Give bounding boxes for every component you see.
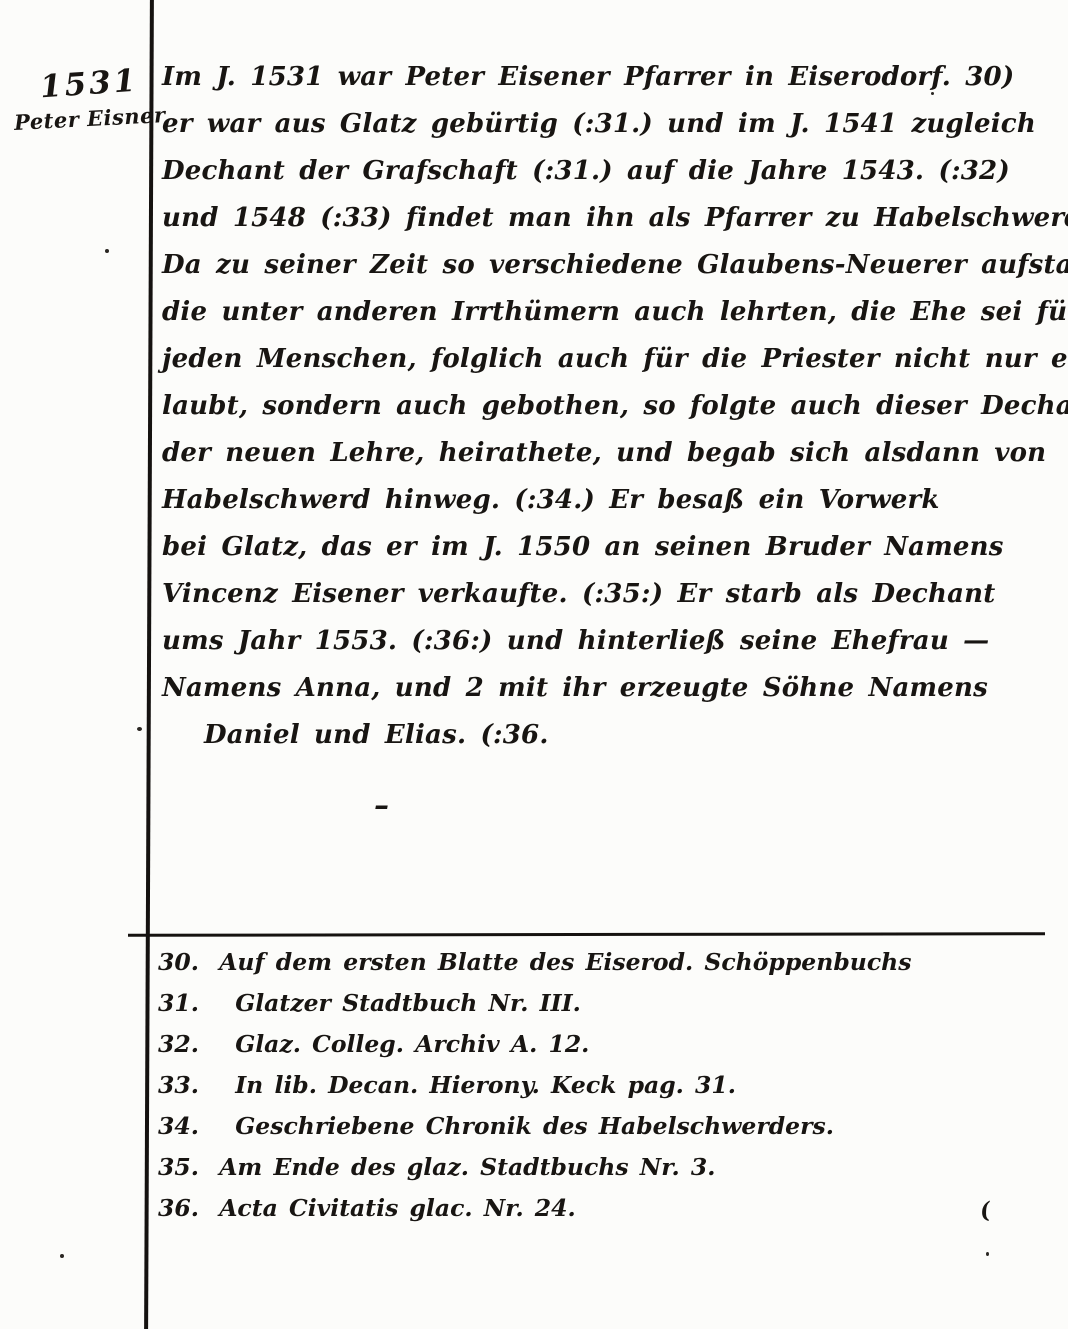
text-line: Vincenz Eisener verkaufte. (:35:) Er sta… bbox=[162, 571, 1054, 618]
manuscript-page: { "colors": { "ink": "#181512", "paper":… bbox=[0, 0, 1068, 1329]
footnote-number: 33. bbox=[158, 1065, 208, 1106]
footnote-text: Auf dem ersten Blatte des Eiserod. Schöp… bbox=[219, 948, 911, 976]
footnote-text: Acta Civitatis glac. Nr. 24. bbox=[219, 1194, 576, 1222]
text-line: bei Glatz, das er im J. 1550 an seinen B… bbox=[162, 524, 1054, 571]
text-line: jeden Menschen, folglich auch für die Pr… bbox=[162, 336, 1054, 383]
footnote-text: Glatzer Stadtbuch Nr. III. bbox=[235, 989, 581, 1017]
ink-speck bbox=[60, 1254, 64, 1258]
main-text-block: Im J. 1531 war Peter Eisener Pfarrer in … bbox=[162, 54, 1054, 759]
ink-speck bbox=[105, 249, 109, 253]
footnote-number: 32. bbox=[158, 1024, 208, 1065]
footnote-number: 35. bbox=[158, 1147, 208, 1188]
ink-speck bbox=[137, 727, 142, 731]
text-line: Da zu seiner Zeit so verschiedene Glaube… bbox=[162, 242, 1054, 289]
footnote-row: 31. Glatzer Stadtbuch Nr. III. bbox=[158, 983, 1038, 1024]
footnote-number: 31. bbox=[158, 983, 208, 1024]
margin-year: 1531 bbox=[39, 63, 140, 106]
footnote-number: 36. bbox=[158, 1188, 208, 1229]
footnote-text: Geschriebene Chronik des Habelschwerders… bbox=[235, 1112, 834, 1140]
text-line: und 1548 (:33) findet man ihn als Pfarre… bbox=[162, 195, 1054, 242]
text-line: Im J. 1531 war Peter Eisener Pfarrer in … bbox=[162, 54, 1054, 101]
text-line: Namens Anna, und 2 mit ihr erzeugte Söhn… bbox=[162, 665, 1054, 712]
margin-name: Peter Eisner bbox=[13, 102, 166, 135]
text-line: der neuen Lehre, heirathete, und begab s… bbox=[162, 430, 1054, 477]
footnote-row: 33. In lib. Decan. Hierony. Keck pag. 31… bbox=[158, 1065, 1038, 1106]
footnote-text: In lib. Decan. Hierony. Keck pag. 31. bbox=[235, 1071, 736, 1099]
footnote-row: 36. Acta Civitatis glac. Nr. 24. bbox=[158, 1188, 1038, 1229]
footnote-text: Am Ende des glaz. Stadtbuchs Nr. 3. bbox=[219, 1153, 715, 1181]
text-line: Daniel und Elias. (:36. bbox=[204, 712, 1054, 759]
text-line: Habelschwerd hinweg. (:34.) Er besaß ein… bbox=[162, 477, 1054, 524]
text-line: Dechant der Grafschaft (:31.) auf die Ja… bbox=[162, 148, 1054, 195]
text-line: die unter anderen Irrthümern auch lehrte… bbox=[162, 289, 1054, 336]
ink-speck bbox=[986, 1252, 989, 1256]
ink-speck bbox=[931, 92, 934, 95]
footnote-row: 30. Auf dem ersten Blatte des Eiserod. S… bbox=[158, 942, 1038, 983]
footnote-row: 35. Am Ende des glaz. Stadtbuchs Nr. 3. bbox=[158, 1147, 1038, 1188]
text-line: ums Jahr 1553. (:36:) und hinterließ sei… bbox=[162, 618, 1054, 665]
footnote-row: 32. Glaz. Colleg. Archiv A. 12. bbox=[158, 1024, 1038, 1065]
ink-dash-mark: – bbox=[374, 788, 389, 823]
footnote-number: 34. bbox=[158, 1106, 208, 1147]
footnotes-section: 30. Auf dem ersten Blatte des Eiserod. S… bbox=[158, 942, 1038, 1229]
footnote-row: 34. Geschriebene Chronik des Habelschwer… bbox=[158, 1106, 1038, 1147]
footnote-separator-rule bbox=[128, 932, 1045, 937]
margin-vertical-rule bbox=[144, 0, 154, 1329]
text-line: laubt, sondern auch gebothen, so folgte … bbox=[162, 383, 1054, 430]
footnote-number: 30. bbox=[158, 942, 208, 983]
footnote-text: Glaz. Colleg. Archiv A. 12. bbox=[235, 1030, 589, 1058]
text-line: er war aus Glatz gebürtig (:31.) und im … bbox=[162, 101, 1054, 148]
